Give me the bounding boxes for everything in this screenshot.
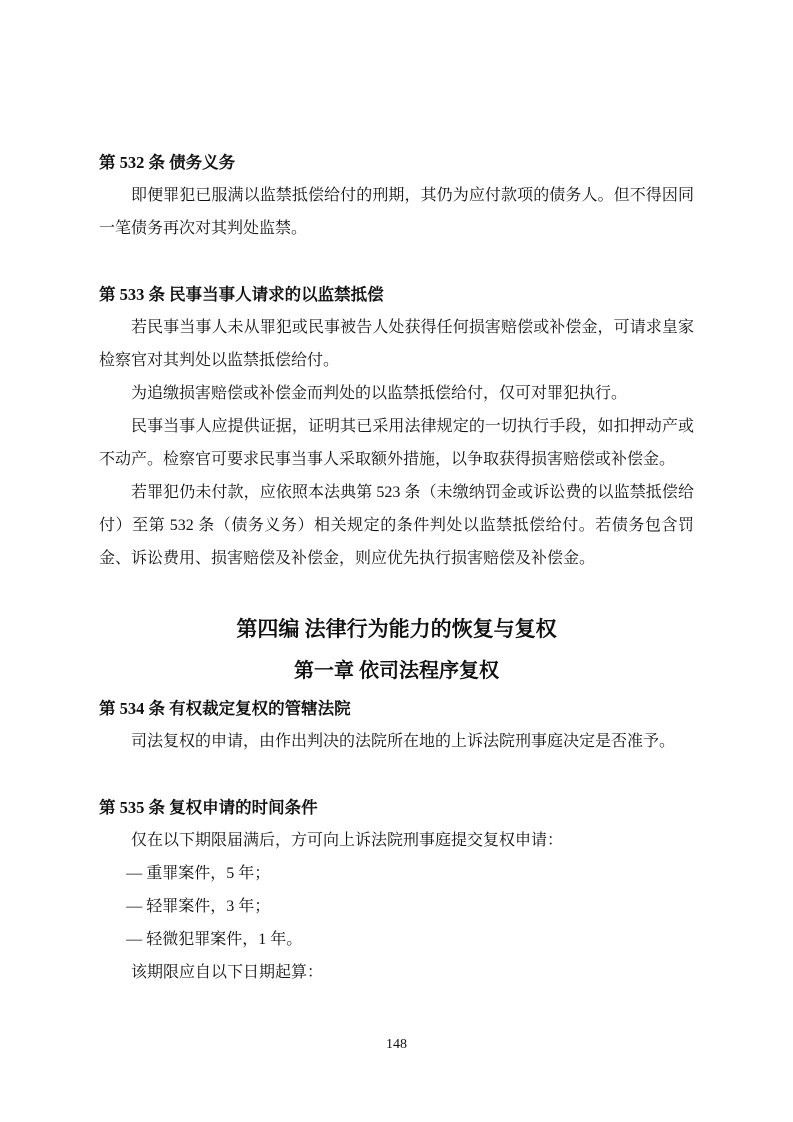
article-535-paragraph-2: 该期限应自以下日期起算： xyxy=(99,956,694,989)
article-532-paragraph: 即便罪犯已服满以监禁抵偿给付的刑期，其仍为应付款项的债务人。但不得因同一笔债务再… xyxy=(99,179,694,245)
article-535-list-item-petty-offense: — 轻微犯罪案件，1 年。 xyxy=(126,923,694,956)
article-533-paragraph-1: 若民事当事人未从罪犯或民事被告人处获得任何损害赔偿或补偿金，可请求皇家检察官对其… xyxy=(99,311,694,377)
article-535-list-item-felony: — 重罪案件，5 年； xyxy=(126,857,694,890)
page-content: 第 532 条 债务义务 即便罪犯已服满以监禁抵偿给付的刑期，其仍为应付款项的债… xyxy=(99,146,694,989)
part-4-title: 第四编 法律行为能力的恢复与复权 xyxy=(99,608,694,650)
article-535-list-item-misdemeanor: — 轻罪案件，3 年； xyxy=(126,890,694,923)
article-533-paragraph-2: 为追缴损害赔偿或补偿金而判处的以监禁抵偿给付，仅可对罪犯执行。 xyxy=(99,377,694,410)
article-532-heading: 第 532 条 债务义务 xyxy=(99,146,694,179)
document-page: 第 532 条 债务义务 即便罪犯已服满以监禁抵偿给付的刑期，其仍为应付款项的债… xyxy=(0,0,793,1122)
article-534-paragraph: 司法复权的申请，由作出判决的法院所在地的上诉法院刑事庭决定是否准予。 xyxy=(99,725,694,758)
page-number: 148 xyxy=(0,1036,793,1054)
article-533-paragraph-4: 若罪犯仍未付款，应依照本法典第 523 条（未缴纳罚金或诉讼费的以监禁抵偿给付）… xyxy=(99,476,694,575)
article-534-heading: 第 534 条 有权裁定复权的管辖法院 xyxy=(99,692,694,725)
article-535-paragraph-1: 仅在以下期限届满后，方可向上诉法院刑事庭提交复权申请： xyxy=(99,824,694,857)
article-533-paragraph-3: 民事当事人应提供证据，证明其已采用法律规定的一切执行手段，如扣押动产或不动产。检… xyxy=(99,410,694,476)
chapter-1-title: 第一章 依司法程序复权 xyxy=(99,650,694,692)
article-535-heading: 第 535 条 复权申请的时间条件 xyxy=(99,791,694,824)
article-533-heading: 第 533 条 民事当事人请求的以监禁抵偿 xyxy=(99,278,694,311)
